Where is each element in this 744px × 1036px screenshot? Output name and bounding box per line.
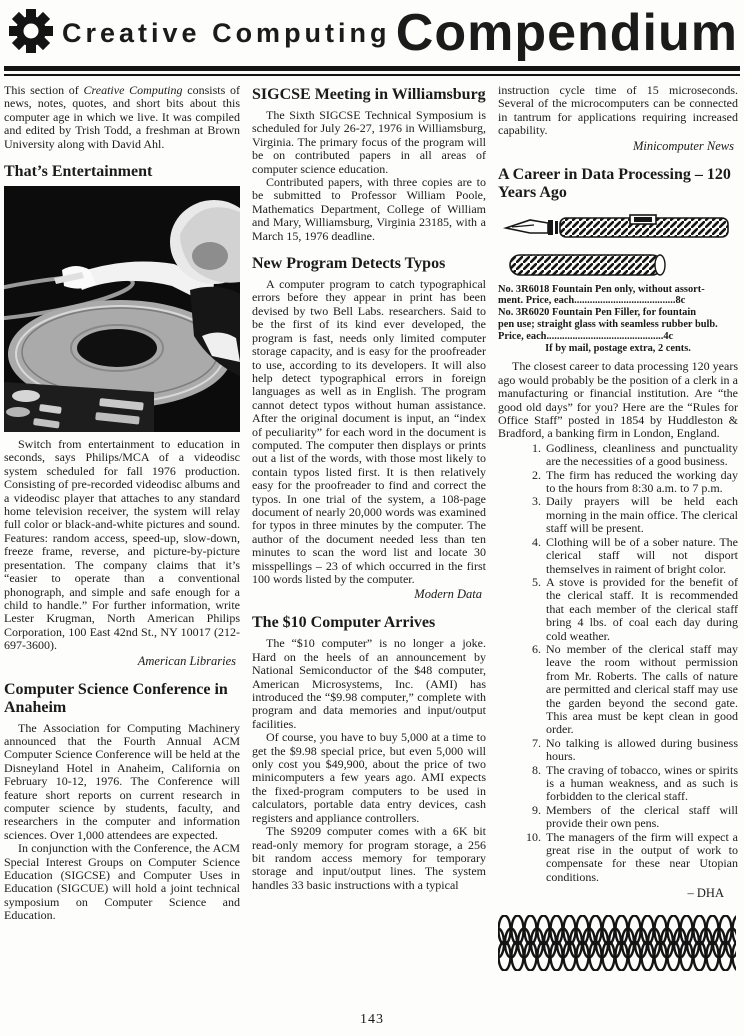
ad-caption-line: No. 3R6018 Fountain Pen only, without as…: [498, 284, 738, 296]
ad-caption-line: No. 3R6020 Fountain Pen Filler, for foun…: [498, 307, 738, 319]
heading-typo-program: New Program Detects Typos: [252, 255, 486, 273]
masthead: Creative Computing Compendium: [0, 0, 744, 60]
heading-anaheim-conference: Computer Science Conference in Anaheim: [4, 681, 240, 717]
ten-dollar-continuation: instruction cycle time of 15 microsecond…: [498, 84, 738, 138]
page-title: Compendium: [396, 7, 738, 59]
intro-magazine-name: Creative Computing: [84, 84, 183, 97]
ad-caption-line: pen use; straight glass with seamless ru…: [498, 319, 738, 331]
ten-dollar-paragraph-3: The S9209 computer comes with a 6K bit r…: [252, 825, 486, 892]
attribution-american-libraries: American Libraries: [4, 654, 240, 669]
magazine-brand: Creative Computing: [62, 18, 391, 49]
heading-thats-entertainment: That’s Entertainment: [4, 163, 240, 181]
fountain-pen-ad: No. 3R6018 Fountain Pen only, without as…: [498, 207, 738, 355]
heading-ten-dollar-computer: The $10 Computer Arrives: [252, 614, 486, 632]
anaheim-paragraph-2: In conjunction with the Conference, the …: [4, 842, 240, 922]
intro-pre: This section of: [4, 84, 84, 97]
heading-sigcse-meeting: SIGCSE Meeting in Williamsburg: [252, 86, 486, 104]
fountain-pen-illustration: [502, 207, 734, 283]
intro-paragraph: This section of Creative Computing consi…: [4, 84, 240, 151]
office-rule: Godliness, cleanliness and punctuality a…: [544, 442, 738, 469]
header-rule: [4, 66, 740, 76]
office-rule: No member of the clerical staff may leav…: [544, 643, 738, 737]
ten-dollar-paragraph-2: Of course, you have to buy 5,000 at a ti…: [252, 731, 486, 825]
ad-caption-line: ment. Price, each.......................…: [498, 295, 738, 307]
heading-career-data-processing: A Career in Data Processing – 120 Years …: [498, 166, 738, 202]
office-rule: A stove is provided for the benefit of t…: [544, 576, 738, 643]
sigcse-paragraph-1: The Sixth SIGCSE Technical Symposium is …: [252, 109, 486, 176]
office-rule: The craving of tobacco, wines or spirits…: [544, 764, 738, 804]
entertainment-body: Switch from entertainment to education i…: [4, 438, 240, 653]
videodisc-photo: [4, 186, 240, 432]
page-columns: This section of Creative Computing consi…: [0, 76, 744, 998]
office-rule: Daily prayers will be held each morning …: [544, 495, 738, 535]
office-rule: Clothing will be of a sober nature. The …: [544, 536, 738, 576]
anaheim-paragraph-1: The Association for Computing Machinery …: [4, 722, 240, 843]
author-signature: – DHA: [498, 886, 738, 901]
pen-ad-caption: No. 3R6018 Fountain Pen only, without as…: [498, 284, 738, 355]
ten-dollar-paragraph-1: The “$10 computer” is no longer a joke. …: [252, 637, 486, 731]
column-3: instruction cycle time of 15 microsecond…: [498, 84, 738, 998]
coil-decoration: [498, 915, 736, 971]
typos-paragraph: A computer program to catch typographica…: [252, 278, 486, 586]
attribution-modern-data: Modern Data: [252, 587, 486, 602]
office-rule: Members of the clerical staff will provi…: [544, 804, 738, 831]
sigcse-paragraph-2: Contributed papers, with three copies ar…: [252, 176, 486, 243]
office-rule: The firm has reduced the working day to …: [544, 469, 738, 496]
office-rule: No talking is allowed during business ho…: [544, 737, 738, 764]
page-number: 143: [0, 1012, 744, 1028]
column-2: SIGCSE Meeting in Williamsburg The Sixth…: [252, 84, 486, 998]
gear-icon: [8, 8, 54, 54]
office-rules-list: Godliness, cleanliness and punctuality a…: [498, 442, 738, 884]
ad-caption-line: If by mail, postage extra, 2 cents.: [498, 343, 738, 355]
ad-caption-line: Price, each.............................…: [498, 331, 738, 343]
office-rule: The managers of the firm will expect a g…: [544, 831, 738, 885]
attribution-minicomputer-news: Minicomputer News: [498, 139, 738, 154]
column-1: This section of Creative Computing consi…: [4, 84, 240, 998]
career-intro-paragraph: The closest career to data processing 12…: [498, 360, 738, 440]
